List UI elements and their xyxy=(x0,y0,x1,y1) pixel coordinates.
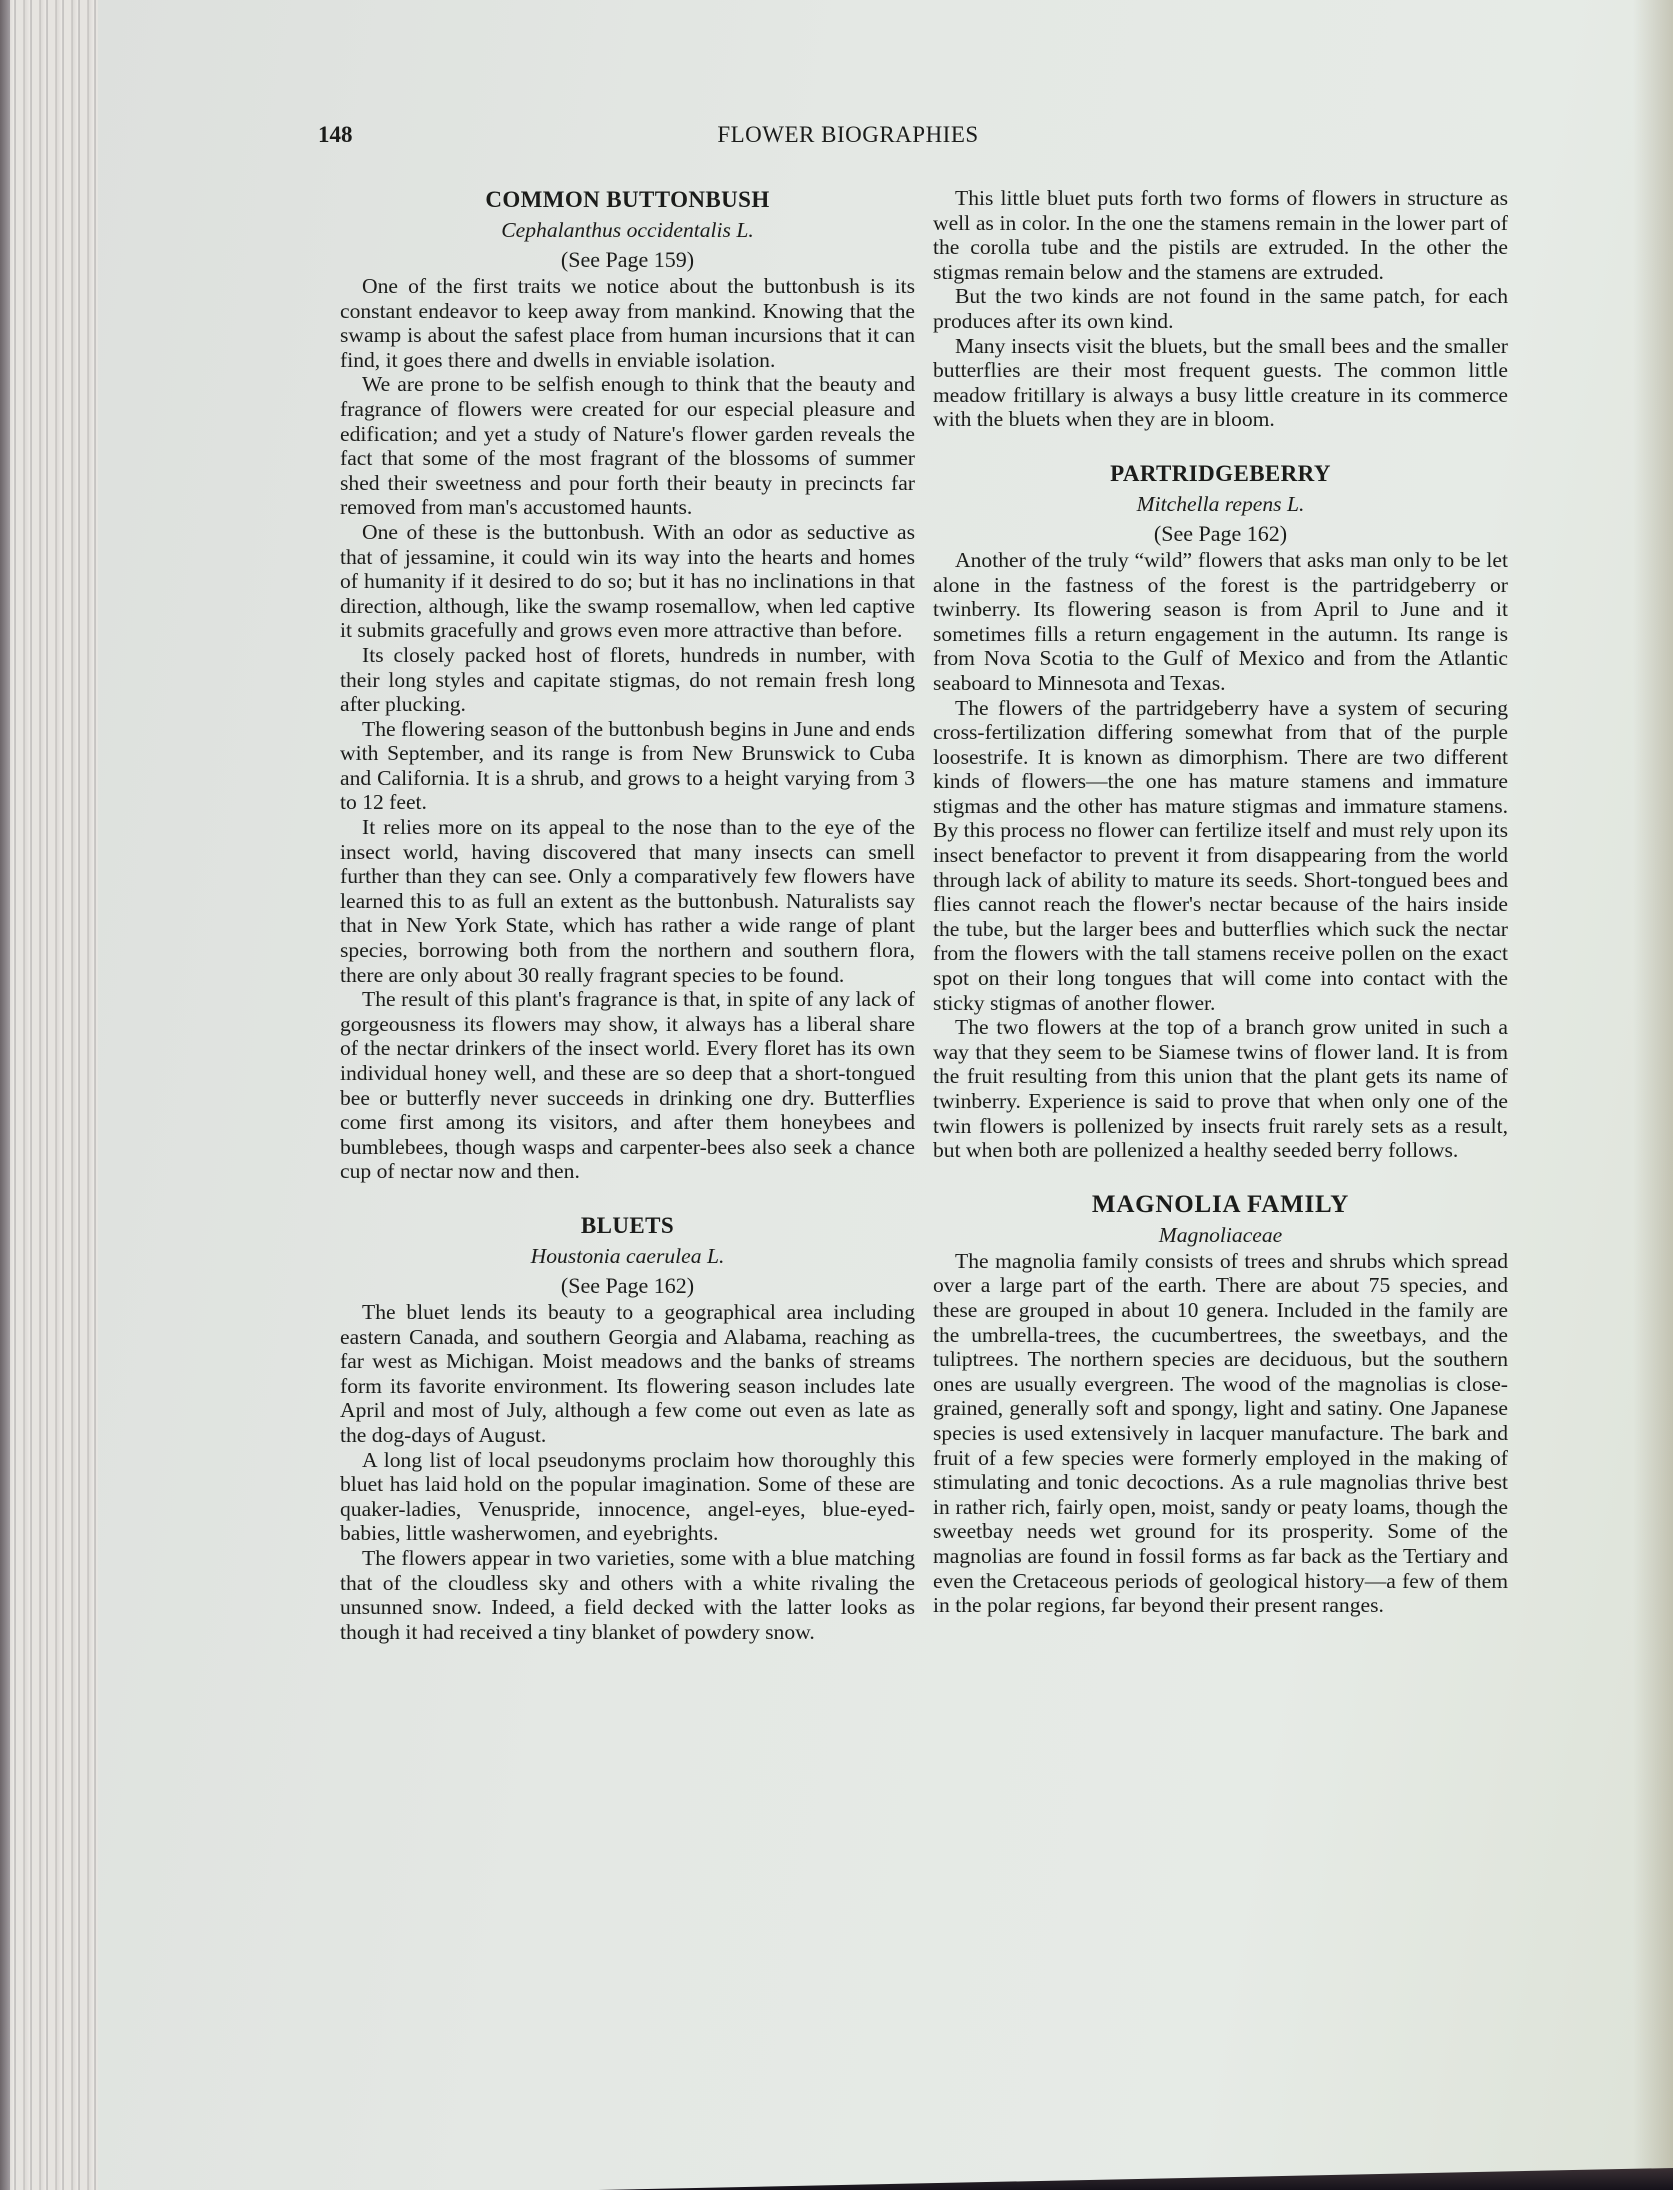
paragraph: Another of the truly “wild” flowers that… xyxy=(933,548,1508,696)
latin-name: Magnoliaceae xyxy=(933,1221,1508,1249)
left-column: COMMON BUTTONBUSH Cephalanthus occidenta… xyxy=(340,186,915,1672)
latin-name: Mitchella repens L. xyxy=(933,490,1508,518)
see-page-reference: (See Page 162) xyxy=(340,1272,915,1300)
latin-name: Houstonia caerulea L. xyxy=(340,1242,915,1270)
paragraph: One of these is the buttonbush. With an … xyxy=(340,520,915,643)
section-title: BLUETS xyxy=(340,1212,915,1240)
page-gutter-shadow xyxy=(1633,0,1673,2190)
section-bluets-continued: This little bluet puts forth two forms o… xyxy=(933,186,1508,432)
paragraph: But the two kinds are not found in the s… xyxy=(933,284,1508,333)
page-bottom-edge xyxy=(598,2168,1673,2190)
see-page-reference: (See Page 159) xyxy=(340,246,915,274)
paragraph: We are prone to be selfish enough to thi… xyxy=(340,372,915,520)
paragraph: A long list of local pseudonyms proclaim… xyxy=(340,1448,915,1546)
paragraph: The flowers appear in two varieties, som… xyxy=(340,1546,915,1644)
section-title: COMMON BUTTONBUSH xyxy=(340,186,915,214)
paragraph: The flowers of the partridgeberry have a… xyxy=(933,696,1508,1016)
running-title: FLOWER BIOGRAPHIES xyxy=(318,122,1378,148)
paragraph: It relies more on its appeal to the nose… xyxy=(340,815,915,987)
running-header: 148 FLOWER BIOGRAPHIES xyxy=(318,122,1538,158)
paragraph: The flowering season of the buttonbush b… xyxy=(340,717,915,815)
section-partridgeberry: PARTRIDGEBERRY Mitchella repens L. (See … xyxy=(933,460,1508,1163)
section-common-buttonbush: COMMON BUTTONBUSH Cephalanthus occidenta… xyxy=(340,186,915,1184)
latin-name: Cephalanthus occidentalis L. xyxy=(340,216,915,244)
paragraph: One of the first traits we notice about … xyxy=(340,274,915,372)
paragraph: The result of this plant's fragrance is … xyxy=(340,987,915,1184)
section-title: MAGNOLIA FAMILY xyxy=(933,1191,1508,1219)
paragraph: This little bluet puts forth two forms o… xyxy=(933,186,1508,284)
see-page-reference: (See Page 162) xyxy=(933,520,1508,548)
paragraph: The bluet lends its beauty to a geograph… xyxy=(340,1300,915,1448)
section-magnolia-family: MAGNOLIA FAMILY Magnoliaceae The magnoli… xyxy=(933,1191,1508,1618)
book-page-edges xyxy=(0,0,98,2190)
paragraph: The two flowers at the top of a branch g… xyxy=(933,1015,1508,1163)
right-column: This little bluet puts forth two forms o… xyxy=(933,186,1508,1646)
paragraph: The magnolia family consists of trees an… xyxy=(933,1249,1508,1618)
section-title: PARTRIDGEBERRY xyxy=(933,460,1508,488)
paragraph: Its closely packed host of florets, hund… xyxy=(340,643,915,717)
paragraph: Many insects visit the bluets, but the s… xyxy=(933,334,1508,432)
section-bluets: BLUETS Houstonia caerulea L. (See Page 1… xyxy=(340,1212,915,1644)
